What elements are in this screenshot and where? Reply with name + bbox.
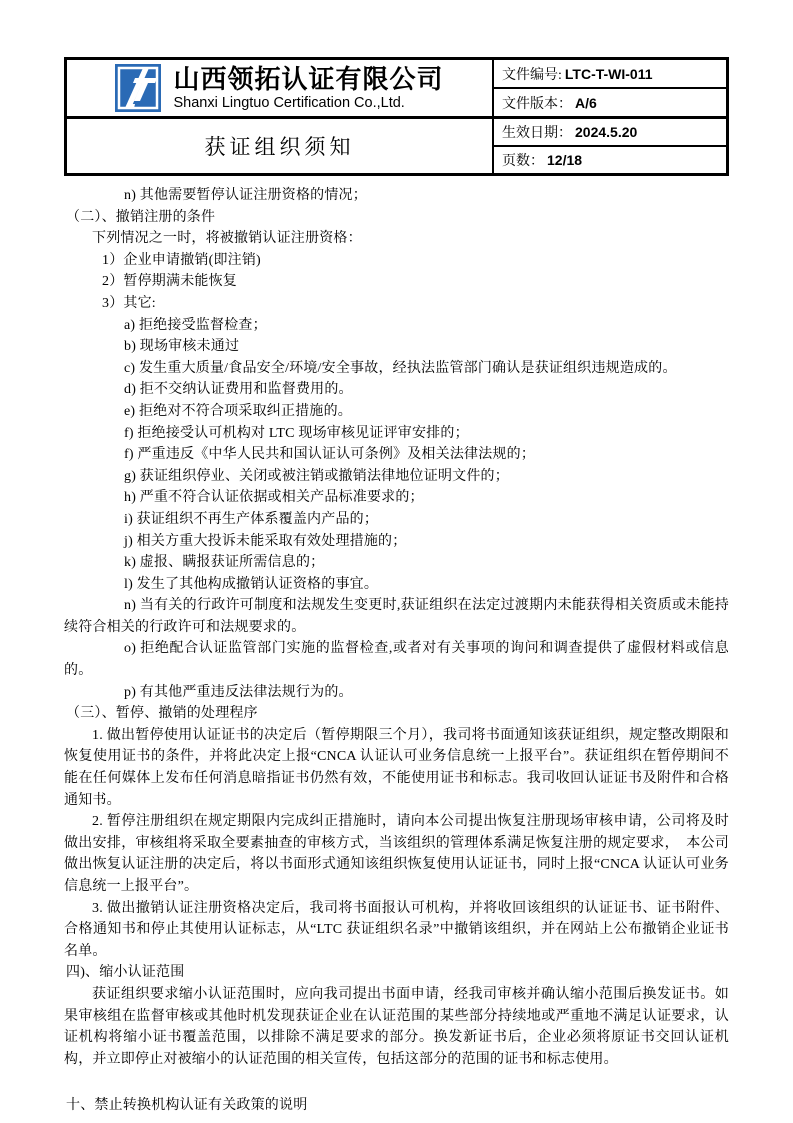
list-item: c) 发生重大质量/食品安全/环境/安全事故，经执法监管部门确认是获证组织违规造… <box>64 358 729 380</box>
section-heading: 四)、缩小认证范围 <box>64 962 729 984</box>
paragraph: 获证组织要求缩小认证范围时，应向我司提出书面申请，经我司审核并确认缩小范围后换发… <box>64 984 729 1070</box>
header-band-top: 山西领拓认证有限公司 Shanxi Lingtuo Certification … <box>67 60 726 119</box>
section-heading: （三）、暂停、撤销的处理程序 <box>64 703 729 725</box>
list-item: l) 发生了其他构成撤销认证资格的事宜。 <box>64 574 729 596</box>
field-label: 文件编号: <box>502 64 562 84</box>
field-value: LTC-T-WI-011 <box>565 66 653 82</box>
list-item: o) 拒绝配合认证监管部门实施的监督检查,或者对有关事项的询问和调查提供了虚假材… <box>64 638 729 681</box>
list-item: e) 拒绝对不符合项采取纠正措施的。 <box>64 401 729 423</box>
doc-title: 获证组织须知 <box>205 119 355 173</box>
doc-title-cell: 获证组织须知 <box>67 119 494 173</box>
section-heading: （二）、撤销注册的条件 <box>64 207 729 229</box>
numbered-item: 3）其它: <box>64 293 729 315</box>
header-field-row: 文件版本： A/6 <box>494 89 726 116</box>
list-item: g) 获证组织停业、关闭或被注销或撤销法律地位证明文件的； <box>64 466 729 488</box>
list-item: f) 严重违反《中华人民共和国认证认可条例》及相关法律法规的； <box>64 444 729 466</box>
company-names: 山西领拓认证有限公司 Shanxi Lingtuo Certification … <box>173 65 443 112</box>
list-item: n) 其他需要暂停认证注册资格的情况； <box>64 185 729 207</box>
header-field-row: 生效日期： 2024.5.20 <box>494 119 726 147</box>
paragraph: 1. 做出暂停使用认证证书的决定后（暂停期限三个月），我司将书面通知该获证组织，… <box>64 725 729 811</box>
list-item: b) 现场审核未通过 <box>64 336 729 358</box>
header-band-bottom: 获证组织须知 生效日期： 2024.5.20 页数： 12/18 <box>67 119 726 173</box>
document-header-table: 山西领拓认证有限公司 Shanxi Lingtuo Certification … <box>64 57 729 176</box>
list-item: h) 严重不符合认证依据或相关产品标准要求的； <box>64 487 729 509</box>
list-item: f) 拒绝接受认可机构对 LTC 现场审核见证评审安排的； <box>64 423 729 445</box>
header-fields-top: 文件编号: LTC-T-WI-011 文件版本： A/6 <box>494 60 726 116</box>
header-field-row: 文件编号: LTC-T-WI-011 <box>494 60 726 89</box>
company-cell: 山西领拓认证有限公司 Shanxi Lingtuo Certification … <box>67 60 494 116</box>
intro-sentence: 下列情况之一时，将被撤销认证注册资格： <box>64 228 729 250</box>
document-page: 山西领拓认证有限公司 Shanxi Lingtuo Certification … <box>0 0 793 1123</box>
numbered-item: 2）暂停期满未能恢复 <box>64 271 729 293</box>
company-logo-icon <box>115 64 161 112</box>
paragraph: 3. 做出撤销认证注册资格决定后，我司将书面报认可机构，并将收回该组织的认证证书… <box>64 898 729 963</box>
company-block: 山西领拓认证有限公司 Shanxi Lingtuo Certification … <box>115 60 443 116</box>
list-item: i) 获证组织不再生产体系覆盖内产品的； <box>64 509 729 531</box>
document-body: n) 其他需要暂停认证注册资格的情况； （二）、撤销注册的条件 下列情况之一时，… <box>64 185 729 1117</box>
list-item: n) 当有关的行政许可制度和法规发生变更时,获证组织在法定过渡期内未能获得相关资… <box>64 595 729 638</box>
field-value: 2024.5.20 <box>575 124 637 140</box>
company-name-cn: 山西领拓认证有限公司 <box>173 65 443 94</box>
list-item: d) 拒不交纳认证费用和监督费用的。 <box>64 379 729 401</box>
list-item: p) 有其他严重违反法律法规行为的。 <box>64 682 729 704</box>
field-value: 12/18 <box>547 152 582 168</box>
numbered-item: 1）企业申请撤销(即注销) <box>64 250 729 272</box>
list-item: j) 相关方重大投诉未能采取有效处理措施的； <box>64 531 729 553</box>
field-label: 文件版本： <box>502 93 572 113</box>
paragraph: 2. 暂停注册组织在规定期限内完成纠正措施时，请向本公司提出恢复注册现场审核申请… <box>64 811 729 897</box>
company-name-en: Shanxi Lingtuo Certification Co.,Ltd. <box>173 95 443 111</box>
header-field-row: 页数： 12/18 <box>494 147 726 173</box>
field-value: A/6 <box>575 95 597 111</box>
list-item: a) 拒绝接受监督检查； <box>64 315 729 337</box>
section-heading: 十、禁止转换机构认证有关政策的说明 <box>64 1095 729 1117</box>
header-fields-bottom: 生效日期： 2024.5.20 页数： 12/18 <box>494 119 726 173</box>
list-item: k) 虚报、瞒报获证所需信息的； <box>64 552 729 574</box>
field-label: 页数： <box>502 150 544 170</box>
field-label: 生效日期： <box>502 122 572 142</box>
